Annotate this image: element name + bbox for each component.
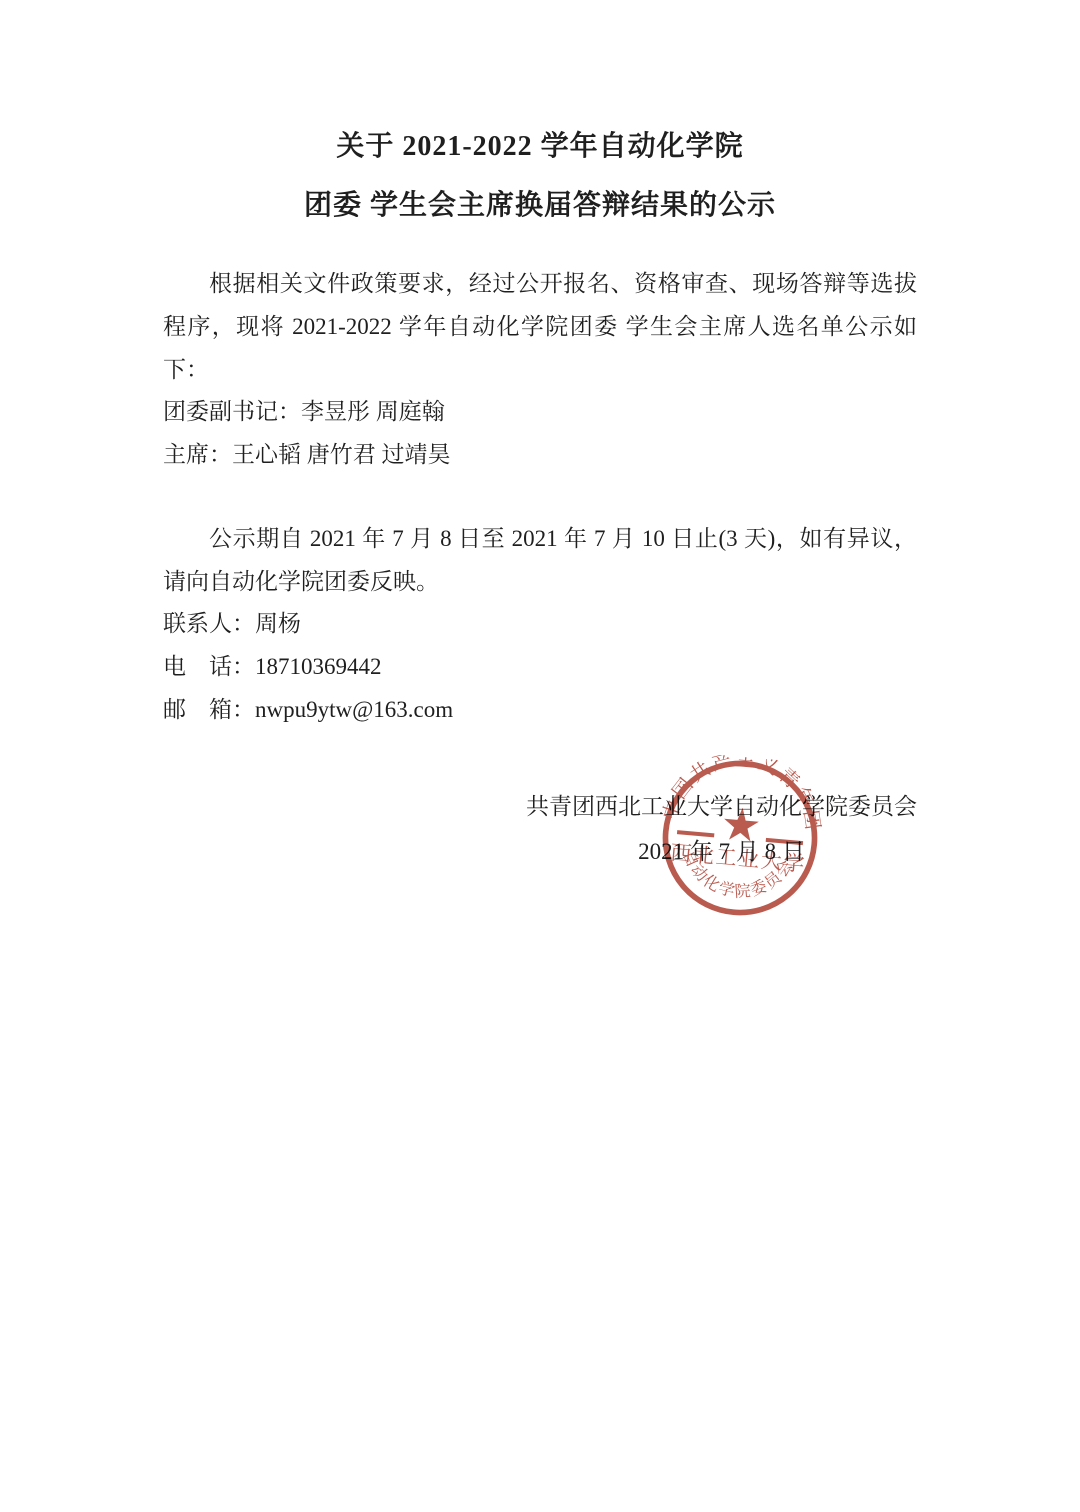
title-line-1: 关于 2021-2022 学年自动化学院	[0, 117, 1080, 176]
deputy-secretaries-line: 团委副书记：李昱彤 周庭翰	[163, 390, 917, 433]
intro-paragraph: 根据相关文件政策要求，经过公开报名、资格审查、现场答辩等选拔程序，现将 2021…	[163, 262, 917, 391]
document-page: 关于 2021-2022 学年自动化学院 团委 学生会主席换届答辩结果的公示 根…	[0, 0, 1080, 1512]
contact-person-line: 联系人：周杨	[163, 602, 917, 645]
signature-block: 共青团西北工业大学自动化学院委员会 2021 年 7 月 8 日	[526, 785, 917, 873]
signature-line: 共青团西北工业大学自动化学院委员会	[526, 785, 917, 828]
contact-list: 联系人：周杨 电 话：18710369442 邮 箱：nwpu9ytw@163.…	[163, 602, 917, 731]
document-title: 关于 2021-2022 学年自动化学院 团委 学生会主席换届答辩结果的公示	[0, 117, 1080, 235]
publicity-period-paragraph: 公示期自 2021 年 7 月 8 日至 2021 年 7 月 10 日止(3 …	[163, 517, 917, 603]
contact-email-line: 邮 箱：nwpu9ytw@163.com	[163, 688, 917, 731]
chairmen-line: 主席：王心韬 唐竹君 过靖昊	[163, 433, 917, 476]
result-list: 团委副书记：李昱彤 周庭翰 主席：王心韬 唐竹君 过靖昊	[163, 390, 917, 476]
title-line-2: 团委 学生会主席换届答辩结果的公示	[0, 176, 1080, 235]
date-line: 2021 年 7 月 8 日	[526, 830, 917, 873]
contact-phone-line: 电 话：18710369442	[163, 645, 917, 688]
